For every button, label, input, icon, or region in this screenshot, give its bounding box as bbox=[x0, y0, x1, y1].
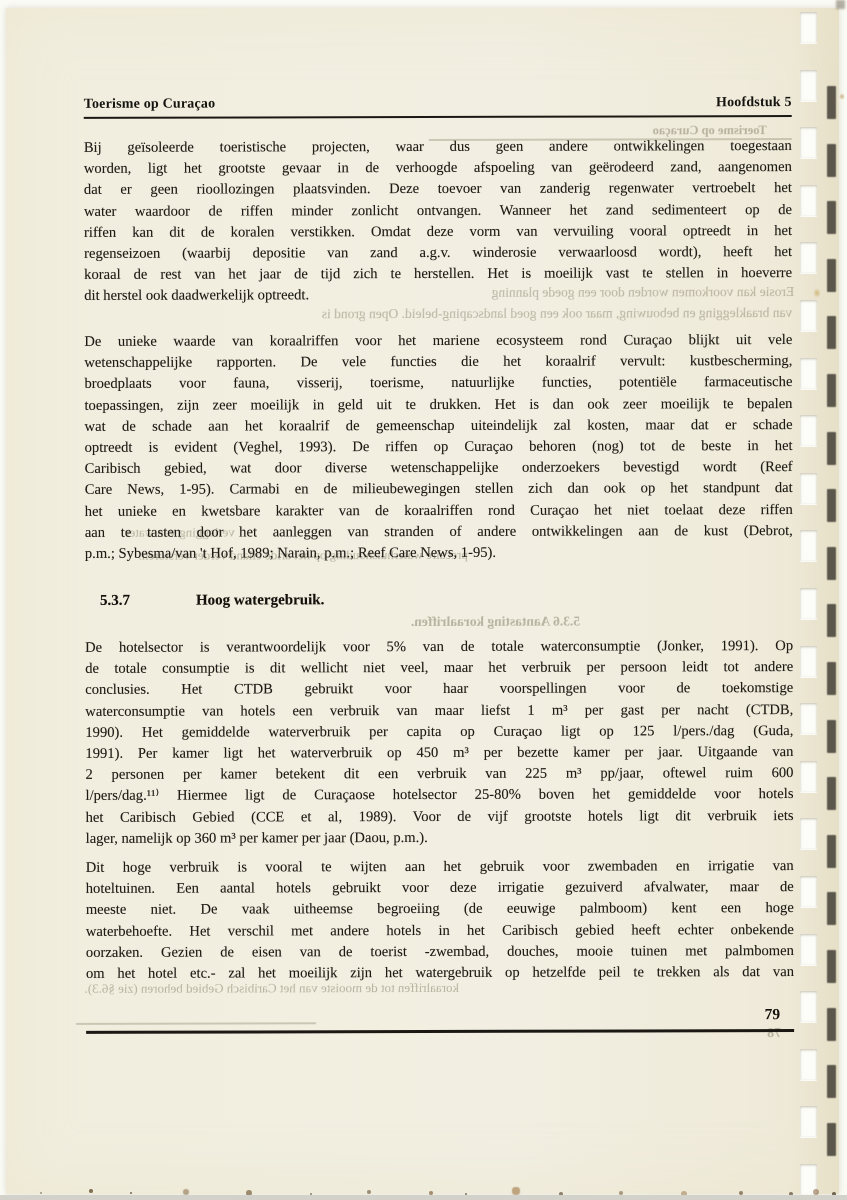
section-title: Hoog watergebruik. bbox=[196, 592, 324, 608]
header-chapter-label: Hoofdstuk 5 bbox=[716, 95, 792, 111]
text-line: regenseizoen (waarbij depositie van zand… bbox=[84, 242, 792, 265]
text-line: riffen kan dit de koralen verstikken. Om… bbox=[84, 221, 792, 244]
text-line: dat er geen rioollozingen plaatsvinden. … bbox=[84, 178, 792, 201]
text-line: dit herstel ook daadwerkelijk optreedt. bbox=[84, 284, 792, 307]
text-line: de totale consumptie is dit wellicht nie… bbox=[85, 657, 793, 680]
scanner-edge bbox=[0, 1195, 847, 1200]
paragraph: De unieke waarde van koraalriffen voor h… bbox=[84, 330, 793, 565]
scan-corner-mark bbox=[836, 0, 845, 9]
text-line: wat de schade aan het koraalrif de gemee… bbox=[85, 415, 793, 438]
text-line: l/pers/dag.¹¹⁾ Hiermee ligt de Curaçaose… bbox=[85, 784, 793, 807]
text-line: 1991). Per kamer ligt het waterverbruik … bbox=[85, 742, 793, 765]
text-line: het Caribisch Gebied (CCE et al, 1989). … bbox=[86, 806, 794, 829]
footer-page-number: 79 bbox=[86, 1006, 780, 1026]
section-heading: 5.3.7Hoog watergebruik. bbox=[85, 591, 793, 610]
text-line: oorzaken. Gezien de eisen van de toerist… bbox=[86, 941, 794, 964]
text-line: het unieke en kwetsbare karakter van de … bbox=[85, 500, 793, 523]
text-line: Care News, 1-95). Carmabi en de milieube… bbox=[85, 478, 793, 501]
header-document-title: Toerisme op Curaçao bbox=[84, 97, 216, 113]
text-line: 1990). Het gemiddelde waterverbruik per … bbox=[85, 721, 793, 744]
text-line: Caribisch gebied, wat door diverse weten… bbox=[85, 457, 793, 480]
text-line: water waardoor de riffen minder zonlicht… bbox=[84, 200, 792, 223]
paragraph: Dit hoge verbruik is vooral te wijten aa… bbox=[86, 856, 794, 985]
footer-rule bbox=[86, 1029, 794, 1033]
paragraph: De hotelsector is verantwoordelijk voor … bbox=[85, 636, 794, 850]
text-line: hoteltuinen. Een aantal hotels gebruikt … bbox=[86, 877, 794, 900]
text-line: waterconsumptie van hotels een verbruik … bbox=[85, 700, 793, 723]
paper-stain bbox=[839, 93, 845, 100]
text-line: meeste niet. De vaak uitheemse begroeiin… bbox=[86, 898, 794, 921]
text-line: De unieke waarde van koraalriffen voor h… bbox=[84, 330, 792, 353]
bottom-edge-speckles bbox=[0, 1184, 2, 1186]
text-line: om het hotel etc.- zal het moeilijk zijn… bbox=[86, 962, 794, 985]
text-line: Bij geïsoleerde toeristische projecten, … bbox=[84, 136, 792, 159]
page-header: Toerisme op Curaçao Hoofdstuk 5 bbox=[84, 95, 792, 113]
section-number: 5.3.7 bbox=[85, 593, 130, 609]
paper-stain bbox=[813, 288, 821, 298]
text-line: wetenschappelijke rapporten. De vele fun… bbox=[84, 351, 792, 374]
text-line: worden, ligt het grootste gevaar in de v… bbox=[84, 157, 792, 180]
bleedthrough-section-heading: 5.3.6 Aantasting koraalriffen. bbox=[370, 614, 580, 631]
text-line: Dit hoge verbruik is vooral te wijten aa… bbox=[86, 856, 794, 879]
text-line: toepassingen, zijn zeer moeilijk in geld… bbox=[84, 394, 792, 417]
text-line: waterbehoefte. Het verschil met andere h… bbox=[86, 920, 794, 943]
text-line: optreedt is evident (Veghel, 1993). De r… bbox=[85, 436, 793, 459]
bleedthrough-text: van braaklegging en bebouwing, maar ook … bbox=[157, 305, 792, 323]
paragraph: Bij geïsoleerde toeristische projecten, … bbox=[84, 136, 792, 307]
text-line: koraal de rest van het jaar de tijd zich… bbox=[84, 263, 792, 286]
text-line: p.m.; Sybesma/van 't Hof, 1989; Narain, … bbox=[85, 542, 793, 565]
text-line: lager, namelijk op 360 m³ per kamer per … bbox=[86, 827, 794, 850]
text-line: conclusies. Het CTDB gebruikt voor haar … bbox=[85, 678, 793, 701]
text-line: broedplaats voor fauna, visserij, toeris… bbox=[84, 372, 792, 395]
text-line: 2 personen per kamer betekent dit een ve… bbox=[85, 763, 793, 786]
text-line: De hotelsector is verantwoordelijk voor … bbox=[85, 636, 793, 659]
text-line: aan te tasten door het aanleggen van str… bbox=[85, 521, 793, 544]
header-rule bbox=[84, 115, 792, 119]
page-content: Toerisme op Curaçao Erosie kan voorkomen… bbox=[0, 0, 847, 1200]
